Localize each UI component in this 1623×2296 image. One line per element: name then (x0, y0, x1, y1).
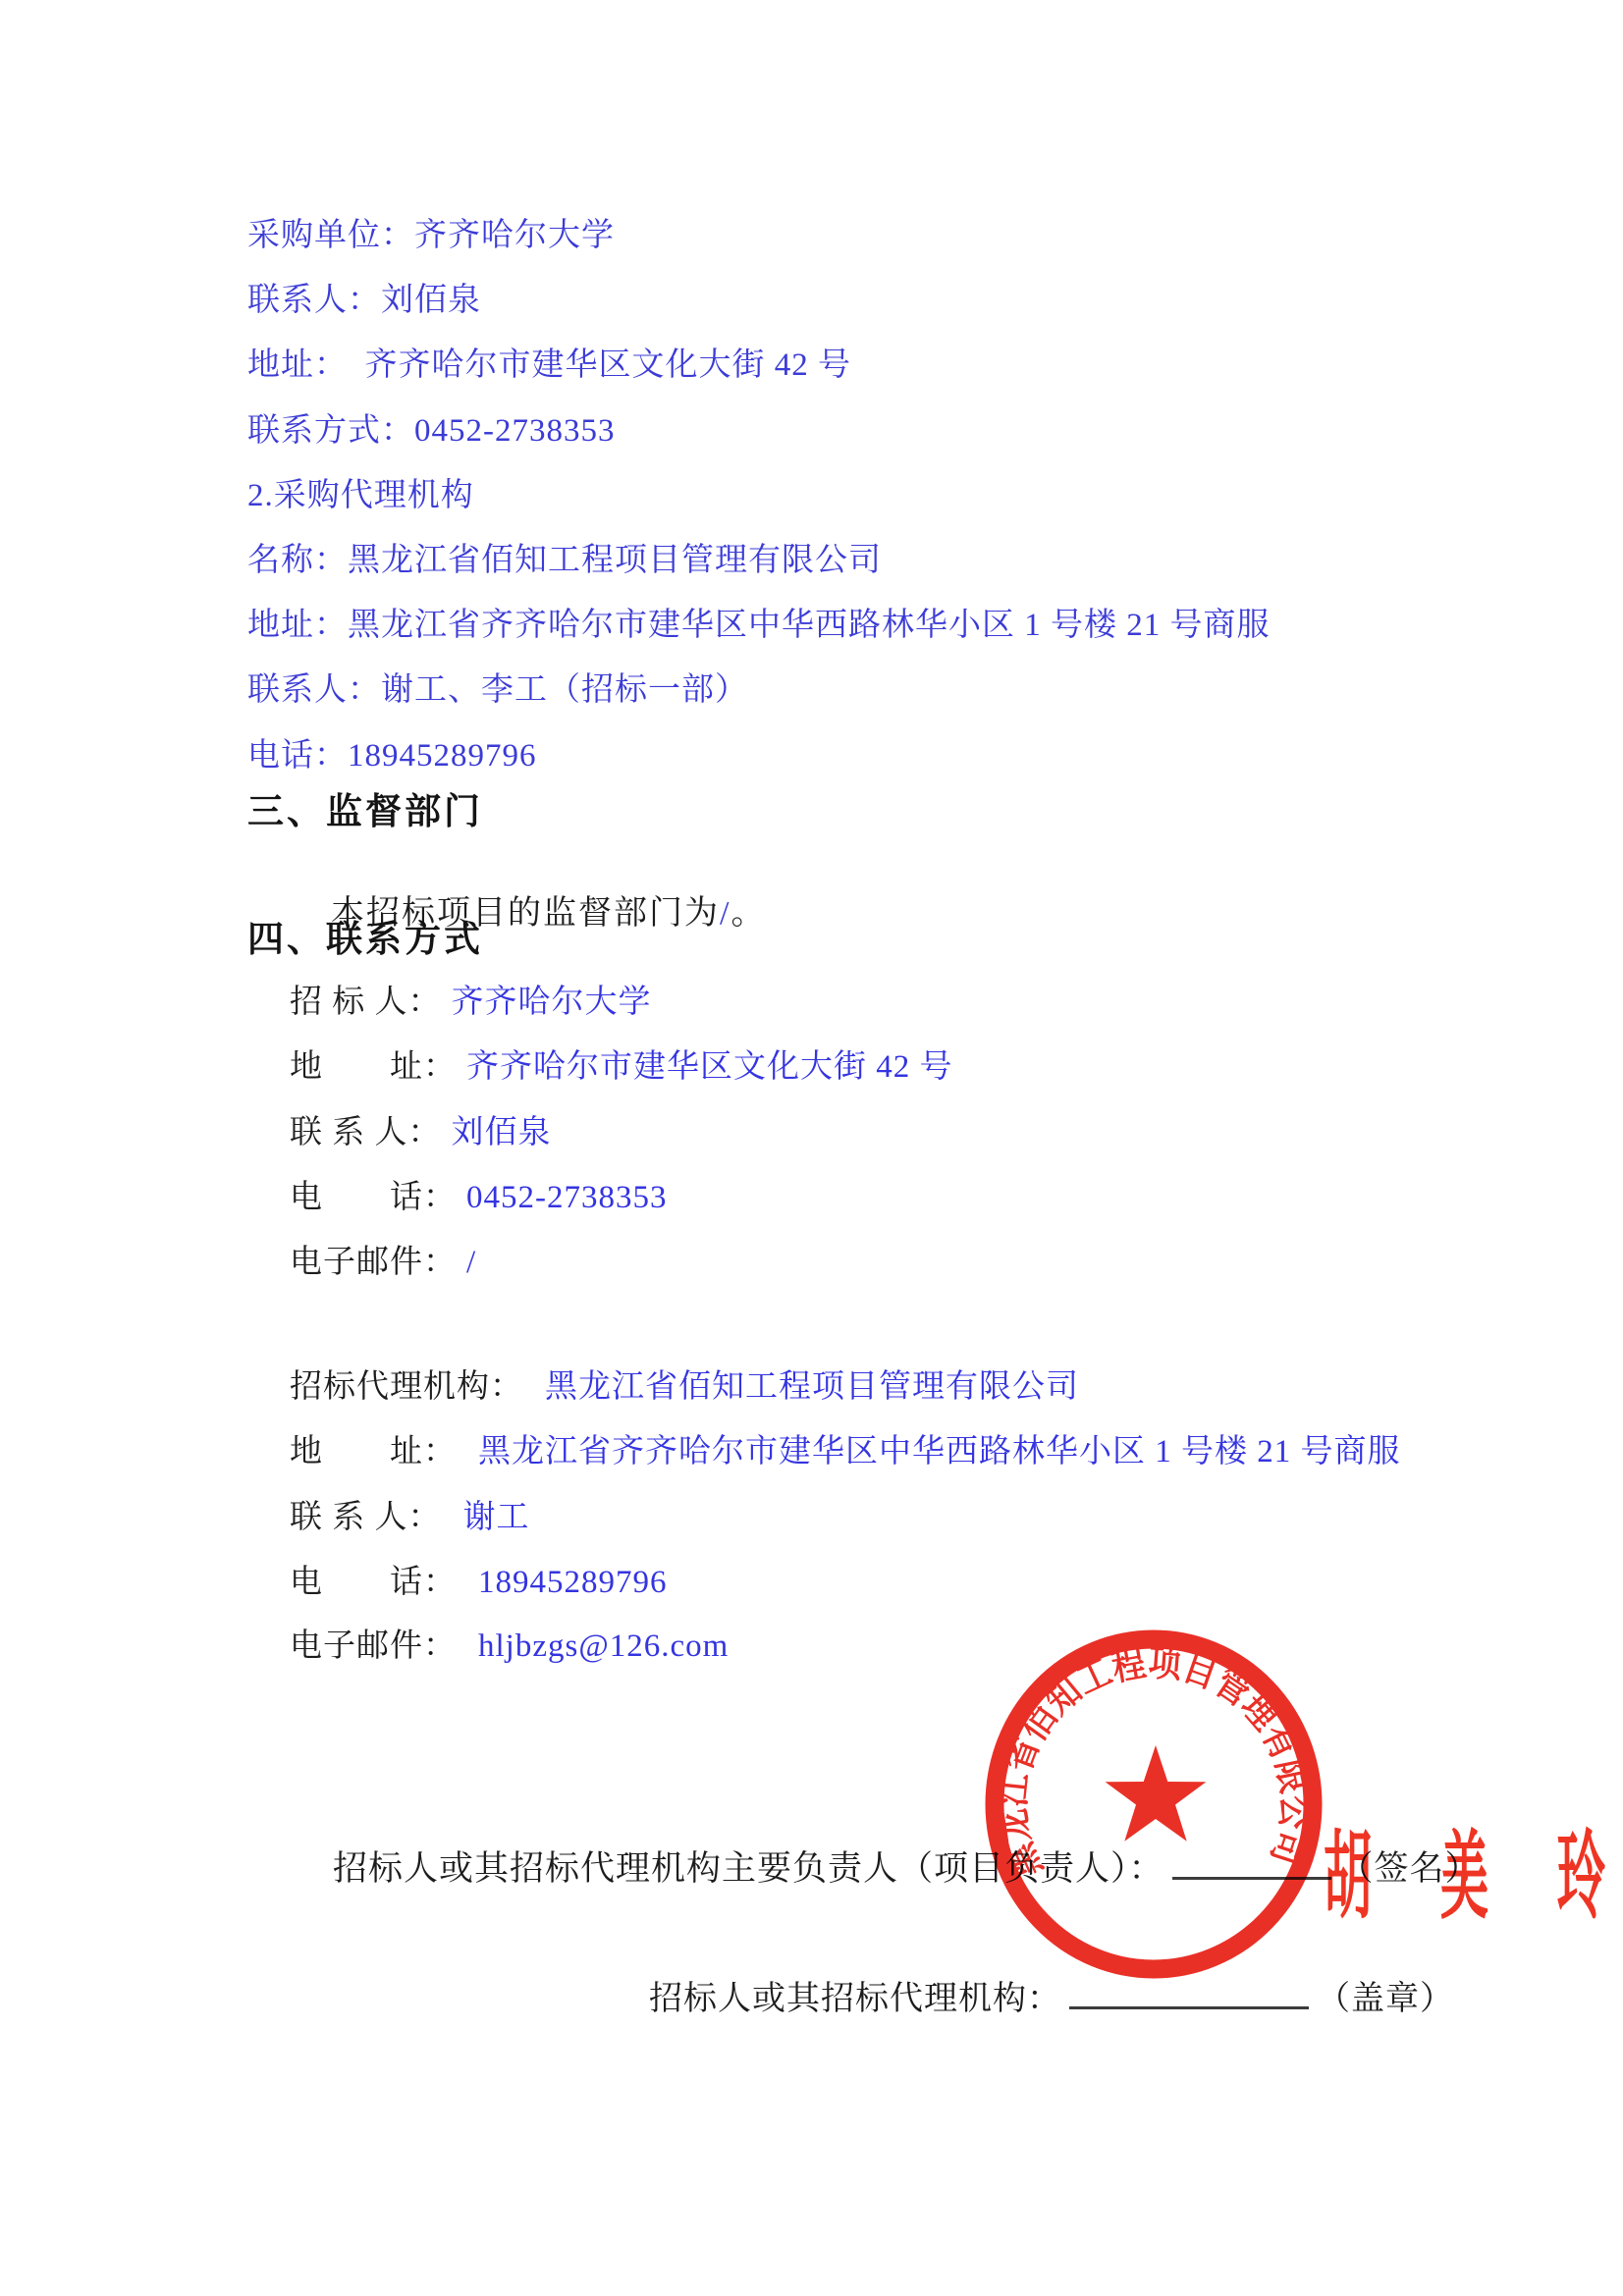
agency-contact-line: 联系人：谢工、李工（招标一部） (247, 664, 748, 710)
row-value: 0452-2738353 (466, 1180, 668, 1215)
agency-contact-row: 联 系 人：谢工 (290, 1491, 530, 1537)
section3-heading: 三、监督部门 (247, 781, 483, 834)
row-label: 电子邮件： (290, 1629, 457, 1664)
row-value: / (466, 1245, 476, 1280)
row-value: 齐齐哈尔市建华区文化大街 42 号 (466, 1049, 953, 1085)
agency-email-row: 电子邮件：hljbzgs@126.com (290, 1620, 729, 1666)
row-value: 黑龙江省佰知工程项目管理有限公司 (545, 1369, 1079, 1405)
agency-phone-line: 电话：18945289796 (247, 729, 537, 775)
purchaser-phone-line: 联系方式：0452-2738353 (247, 404, 616, 451)
row-label: 招标代理机构： (290, 1369, 523, 1405)
row-label: 电子邮件： (290, 1245, 457, 1280)
section3-body-value: / (720, 895, 730, 932)
row-label: 电 话： (290, 1565, 457, 1600)
agency-address-line: 地址：黑龙江省齐齐哈尔市建华区中华西路林华小区 1 号楼 21 号商服 (247, 599, 1271, 645)
agency-section-line: 2.采购代理机构 (247, 469, 474, 515)
row-value: 谢工 (463, 1500, 530, 1535)
purchaser-unit-line: 采购单位：齐齐哈尔大学 (247, 209, 615, 255)
agency-address-row: 地 址：黑龙江省齐齐哈尔市建华区中华西路林华小区 1 号楼 21 号商服 (290, 1425, 1401, 1471)
signer-name-stamp: 胡美玲 (1324, 1828, 1623, 1924)
section3-body-suffix: 。 (730, 895, 766, 932)
row-label: 地 址： (290, 1049, 457, 1085)
seal-star-icon (1106, 1745, 1207, 1842)
row-label: 招 标 人： (290, 985, 442, 1020)
row-label: 电 话： (290, 1180, 457, 1215)
agency-name-row: 招标代理机构：黑龙江省佰知工程项目管理有限公司 (290, 1361, 1079, 1407)
tenderer-phone-row: 电 话：0452-2738353 (290, 1171, 668, 1217)
agency-name-line: 名称：黑龙江省佰知工程项目管理有限公司 (247, 534, 882, 580)
document-page: 采购单位：齐齐哈尔大学 联系人：刘佰泉 地址： 齐齐哈尔市建华区文化大街 42 … (0, 0, 1623, 2296)
row-label: 联 系 人： (290, 1500, 442, 1535)
tenderer-email-row: 电子邮件：/ (290, 1236, 476, 1282)
row-label: 联 系 人： (290, 1115, 442, 1150)
row-value: 刘佰泉 (452, 1115, 552, 1150)
section4-heading: 四、联系方式 (247, 909, 483, 962)
purchaser-address-line: 地址： 齐齐哈尔市建华区文化大街 42 号 (247, 339, 851, 385)
tenderer-contact-row: 联 系 人：刘佰泉 (290, 1106, 552, 1152)
purchaser-contact-line: 联系人：刘佰泉 (247, 274, 481, 320)
company-seal-stamp: 黑龙江省佰知工程项目管理有限公司 (977, 1620, 1340, 1993)
tenderer-name-row: 招 标 人：齐齐哈尔大学 (290, 976, 652, 1022)
row-value: 黑龙江省齐齐哈尔市建华区中华西路林华小区 1 号楼 21 号商服 (478, 1434, 1401, 1469)
row-value: 齐齐哈尔大学 (452, 985, 652, 1020)
row-value: 18945289796 (478, 1565, 668, 1600)
row-value: hljbzgs@126.com (478, 1629, 729, 1664)
tenderer-address-row: 地 址：齐齐哈尔市建华区文化大街 42 号 (290, 1041, 953, 1087)
row-label: 地 址： (290, 1434, 457, 1469)
agency-phone-row: 电 话：18945289796 (290, 1556, 668, 1602)
